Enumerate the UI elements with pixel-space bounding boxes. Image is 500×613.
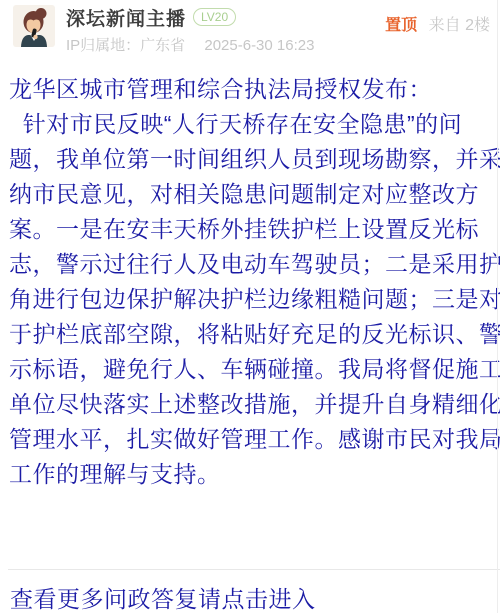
body-text-line: 龙华区城市管理和综合执法局授权发布：	[9, 72, 500, 107]
header-right: 置顶 来自 2楼	[385, 5, 490, 35]
ip-location: IP归属地：广东省	[66, 37, 185, 54]
meta-row: IP归属地：广东省 2025-6-30 16:23	[66, 34, 385, 55]
avatar[interactable]	[13, 5, 55, 47]
body-text-line: 题，我单位第一时间组织人员到现场勘察，并采	[9, 142, 500, 177]
username[interactable]: 深坛新闻主播	[66, 4, 186, 31]
scrollbar-track[interactable]	[497, 0, 498, 613]
name-row: 深坛新闻主播 LV20	[66, 5, 385, 29]
body-text-line: 案。一是在安丰天桥外挂铁护栏上设置反光标	[9, 212, 500, 247]
pinned-badge: 置顶	[385, 17, 417, 34]
body-text-line: 于护栏底部空隙，将粘贴好充足的反光标识、警	[9, 317, 500, 352]
post-timestamp: 2025-6-30 16:23	[204, 37, 314, 54]
header-info: 深坛新闻主播 LV20 IP归属地：广东省 2025-6-30 16:23	[66, 5, 385, 55]
level-badge: LV20	[193, 8, 236, 26]
divider	[8, 569, 500, 570]
body-text-line: 示标语，避免行人、车辆碰撞。我局将督促施工	[9, 352, 500, 387]
body-text-line: 针对市民反映“人行天桥存在安全隐患”的问	[9, 107, 500, 142]
news-anchor-avatar-image	[13, 5, 55, 47]
body-text-line: 纳市民意见，对相关隐患问题制定对应整改方	[9, 177, 500, 212]
post-body: 龙华区城市管理和综合执法局授权发布： 针对市民反映“人行天桥存在安全隐患”的问题…	[0, 72, 500, 492]
body-text-line: 单位尽快落实上述整改措施，并提升自身精细化	[9, 387, 500, 422]
body-text-line: 志，警示过往行人及电动车驾驶员；二是采用护	[9, 247, 500, 282]
body-text-line: 角进行包边保护解决护栏边缘粗糙问题；三是对	[9, 282, 500, 317]
more-replies-link[interactable]: 查看更多问政答复请点击进入	[10, 581, 500, 613]
body-text-line: 管理水平，扎实做好管理工作。感谢市民对我局	[9, 422, 500, 457]
post-header: 深坛新闻主播 LV20 IP归属地：广东省 2025-6-30 16:23 置顶…	[0, 0, 500, 55]
body-text-line: 工作的理解与支持。	[9, 457, 500, 492]
floor-indicator: 来自 2楼	[429, 17, 490, 34]
